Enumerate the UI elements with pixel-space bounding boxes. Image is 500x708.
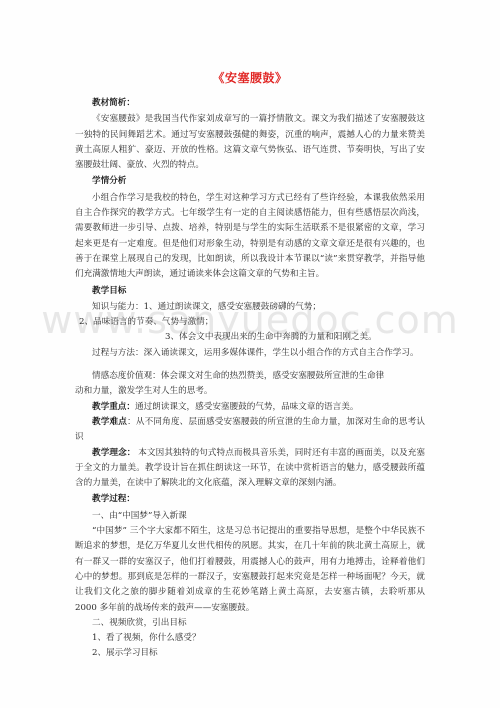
goal-knowledge-1: 知识与能力：1、通过朗读课文，感受安塞腰鼓磅礴的气势；: [75, 300, 425, 315]
process-step2-item1: 1、看了视频，你什么感受？: [75, 631, 425, 646]
philosophy-label: 教学理念：: [92, 448, 135, 458]
key-points-text: 通过朗读课文，感受安塞腰鼓的气势，品味文章的语言美。: [135, 402, 358, 412]
process-step1-title: 一、由“中国梦”导入新课: [75, 509, 425, 524]
spacer: [75, 361, 425, 369]
document-page: 《安塞腰鼓》 www.sanyuedoc.com 教材简析： 《安塞腰鼓》是我国…: [0, 0, 500, 708]
goal-knowledge-3: 3、体会文中表现出来的生命中奔腾的力量和阳刚之美。: [75, 330, 425, 345]
process-step2-item2: 2、展示学习目标: [75, 646, 425, 661]
goal-emotion-line2: 动和力量，激发学生对人生的思考。: [75, 384, 425, 399]
document-body: 教材简析： 《安塞腰鼓》是我国当代作家刘成章写的一篇抒情散文。课文为我们描述了安…: [75, 95, 425, 662]
difficulties-label: 教学难点: [92, 417, 127, 427]
philosophy: 教学理念： 本文因其独特的句式特点而极具音乐美，同时还有丰富的画面美，以及充塞于…: [75, 446, 425, 492]
document-title: 《安塞腰鼓》: [0, 69, 500, 86]
goal-emotion-line1: 情感态度价值观：体会课文对生命的热烈赞美，感受安塞腰鼓所宣泄的生命律: [75, 369, 425, 384]
heading-learner-analysis: 学情分析: [75, 174, 425, 189]
key-points: 教学重点：通过朗读课文，感受安塞腰鼓的气势，品味文章的语言美。: [75, 400, 425, 415]
difficulties: 教学难点：从不同角度、层面感受安塞腰鼓的所宣泄的生命力量，加深对生命的思考认识: [75, 415, 425, 446]
paragraph-textbook-analysis: 《安塞腰鼓》是我国当代作家刘成章写的一篇抒情散文。课文为我们描述了安塞腰鼓这一独…: [75, 112, 425, 173]
paragraph-learner-analysis: 小组合作学习是我校的特色，学生对这种学习方式已经有了些许经验，本课我依然采用自主…: [75, 191, 425, 283]
process-step2-title: 二、视频欣赏，引出目标: [75, 616, 425, 631]
goal-process: 过程与方法：深入诵读课文，运用多媒体课件，学生以小组合作的方式自主合作学习。: [75, 346, 425, 361]
goal-knowledge-2: 2、品味语言的节奏、气势与激情；: [75, 315, 425, 330]
difficulties-text: ：从不同角度、层面感受安塞腰鼓的所宣泄的生命力量，加深对生命的思考认识: [75, 417, 425, 442]
heading-teaching-process: 教学过程：: [75, 492, 425, 507]
process-step1-text: “中国梦” 三个字大家都不陌生，这是习总书记提出的重要指导思想，是整个中华民族不…: [75, 524, 425, 616]
heading-teaching-goals: 教学目标: [75, 284, 425, 299]
key-points-label: 教学重点：: [92, 402, 135, 412]
heading-textbook-analysis: 教材简析：: [75, 96, 425, 111]
